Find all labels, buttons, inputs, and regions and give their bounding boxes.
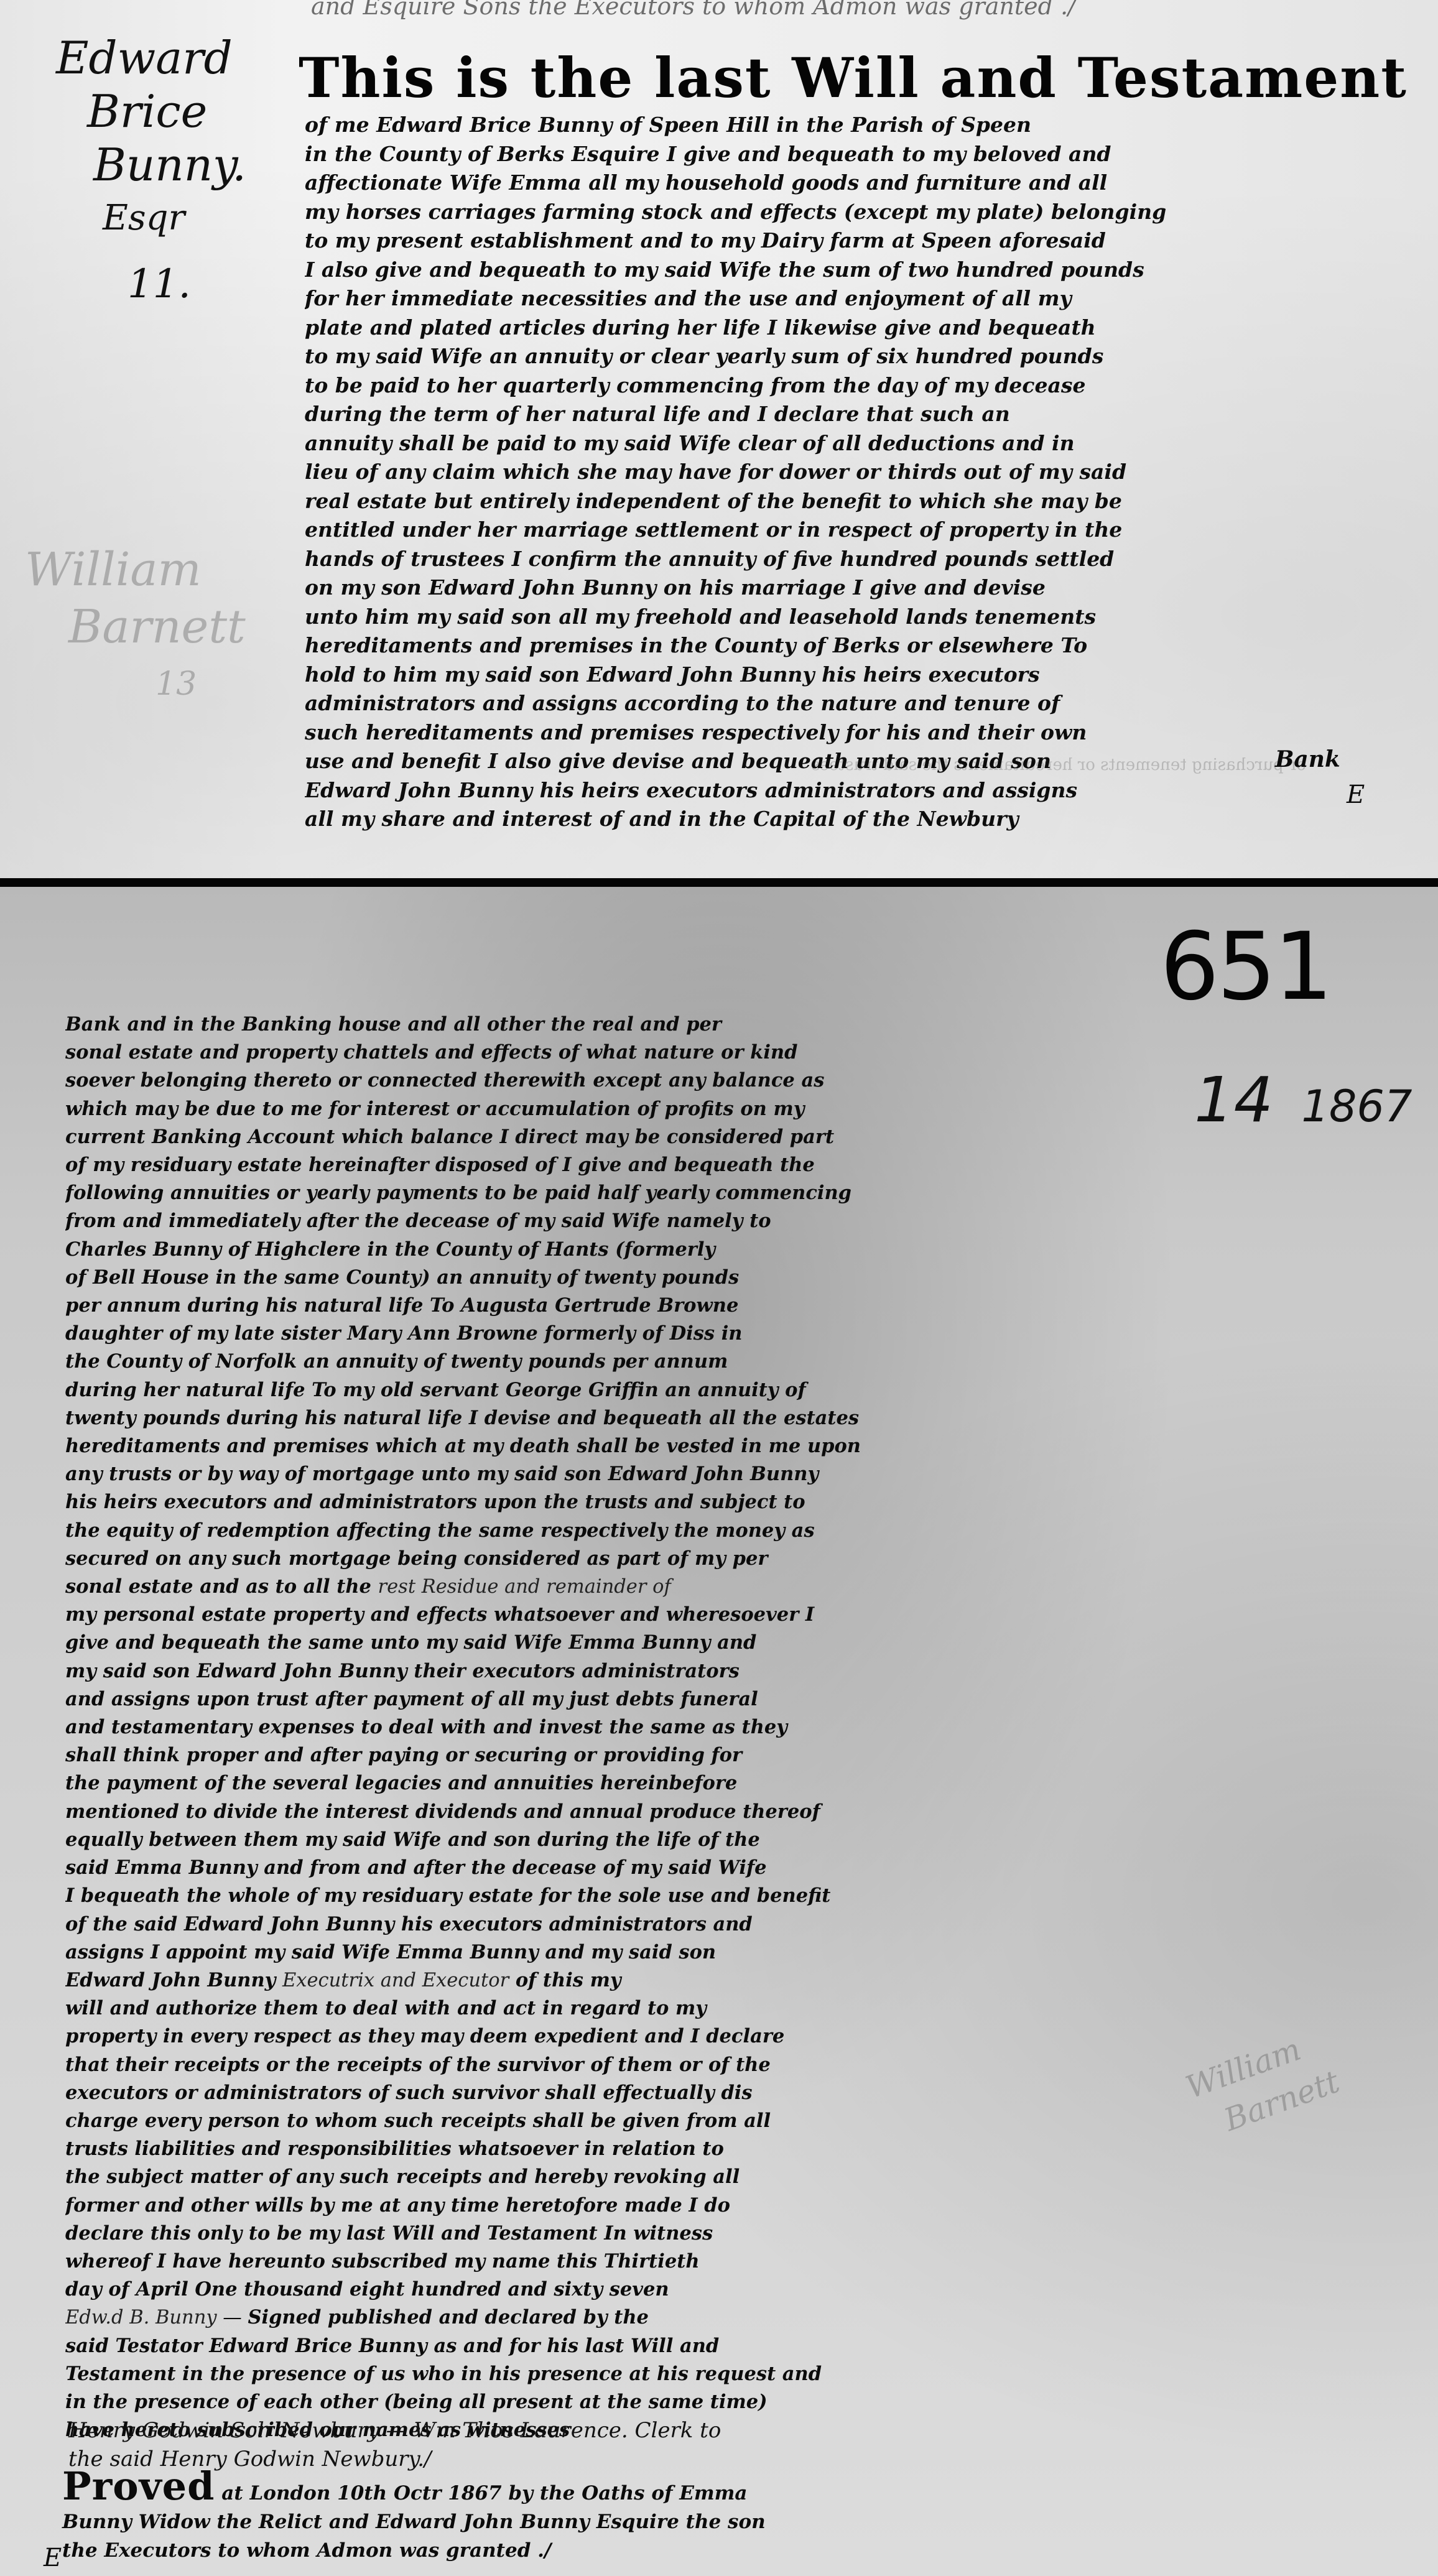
text-line: hereditaments and premises in the County… — [305, 631, 1375, 660]
text-line: trusts liabilities and responsibilities … — [65, 2135, 1148, 2163]
ghost-name-line: Barnett — [25, 598, 261, 656]
text-line: Charles Bunny of Highclere in the County… — [65, 1236, 1148, 1264]
text-line: per annum during his natural life To Aug… — [65, 1292, 1148, 1320]
ghost-name-number: 13 — [25, 656, 261, 713]
catchword: Bank — [1275, 746, 1340, 772]
text-line: to be paid to her quarterly commencing f… — [305, 371, 1375, 401]
text-line: that their receipts or the receipts of t… — [65, 2051, 1148, 2079]
text-line: on my son Edward John Bunny on his marri… — [305, 573, 1375, 603]
folio-corner-mark: E — [44, 2544, 62, 2572]
bleed-through-text: and Esquire Sons the Executors to whom A… — [311, 0, 1368, 19]
text-line: and assigns upon trust after payment of … — [65, 1685, 1148, 1713]
witness-line: Henry Godwin Solr Newbury — Wm Thos Laur… — [68, 2416, 1163, 2445]
witness-signatures: Henry Godwin Solr Newbury — Wm Thos Laur… — [68, 2416, 1163, 2473]
text-line-with-insert: Edward John Bunny Executrix and Executor… — [65, 1967, 1148, 1995]
witness-line: the said Henry Godwin Newbury./ — [68, 2445, 1163, 2473]
text-line: during the term of her natural life and … — [305, 400, 1375, 429]
text-line: in the presence of each other (being all… — [65, 2388, 1148, 2416]
text-line: mentioned to divide the interest dividen… — [65, 1798, 1148, 1826]
margin-name-line: Brice — [56, 85, 292, 138]
text-line: plate and plated articles during her lif… — [305, 313, 1375, 343]
text-segment: at London 10th Octr 1867 by the Oaths of… — [221, 2482, 747, 2504]
text-line: of the said Edward John Bunny his execut… — [65, 1911, 1148, 1939]
folio-date: 14 1867 — [1194, 1063, 1412, 1136]
upper-folio-scan: and Esquire Sons the Executors to whom A… — [0, 0, 1438, 878]
text-line: of me Edward Brice Bunny of Speen Hill i… — [305, 111, 1375, 140]
text-line: said Testator Edward Brice Bunny as and … — [65, 2332, 1148, 2360]
text-line: charge every person to whom such receipt… — [65, 2107, 1148, 2135]
text-line: my horses carriages farming stock and ef… — [305, 198, 1375, 227]
text-line: I also give and bequeath to my said Wife… — [305, 256, 1375, 285]
text-line: soever belonging thereto or connected th… — [65, 1067, 1148, 1095]
text-line: the equity of redemption affecting the s… — [65, 1517, 1148, 1545]
text-segment: sonal estate and as to all the — [65, 1575, 371, 1598]
text-line: any trusts or by way of mortgage unto my… — [65, 1460, 1148, 1488]
proved-heading: Proved — [62, 2463, 215, 2509]
text-line: secured on any such mortgage being consi… — [65, 1545, 1148, 1573]
scan-separator-bar — [0, 878, 1438, 887]
text-line: lieu of any claim which she may have for… — [305, 458, 1375, 487]
text-line: I bequeath the whole of my residuary est… — [65, 1882, 1148, 1910]
text-line: for her immediate necessities and the us… — [305, 284, 1375, 313]
text-line: said Emma Bunny and from and after the d… — [65, 1854, 1148, 1882]
probate-line: Proved at London 10th Octr 1867 by the O… — [62, 2472, 1169, 2508]
text-line: my personal estate property and effects … — [65, 1601, 1148, 1629]
text-line: property in every respect as they may de… — [65, 2022, 1148, 2050]
text-line: Testament in the presence of us who in h… — [65, 2360, 1148, 2388]
text-line: former and other wills by me at any time… — [65, 2192, 1148, 2220]
will-body-upper: of me Edward Brice Bunny of Speen Hill i… — [305, 111, 1375, 834]
text-line: his heirs executors and administrators u… — [65, 1488, 1148, 1516]
folio-corner-mark: E — [1347, 781, 1365, 809]
reverse-bleed-text: or purchasing tenements or hereditaments… — [560, 756, 1306, 774]
text-line: annuity shall be paid to my said Wife cl… — [305, 429, 1375, 458]
will-title-heading: This is the last Will and Testament — [299, 44, 1381, 112]
folio-day: 14 — [1194, 1063, 1273, 1136]
ghost-name-line: William — [25, 543, 202, 596]
text-line: current Banking Account which balance I … — [65, 1123, 1148, 1151]
text-line: the subject matter of any such receipts … — [65, 2163, 1148, 2191]
text-line: sonal estate and property chattels and e… — [65, 1039, 1148, 1067]
text-line: in the County of Berks Esquire I give an… — [305, 140, 1375, 169]
probate-clause: Proved at London 10th Octr 1867 by the O… — [62, 2472, 1169, 2565]
probate-line: Bunny Widow the Relict and Edward John B… — [62, 2508, 1169, 2536]
text-line-with-insert: sonal estate and as to all the rest Resi… — [65, 1573, 1148, 1601]
text-line: hold to him my said son Edward John Bunn… — [305, 660, 1375, 690]
margin-testator-name: Edward Brice Bunny. Esqr 11. — [56, 31, 292, 311]
inserted-executors-clause: Executrix and Executor — [282, 1970, 509, 1991]
text-line: affectionate Wife Emma all my household … — [305, 169, 1375, 198]
text-line: my said son Edward John Bunny their exec… — [65, 1657, 1148, 1685]
text-line: to my said Wife an annuity or clear year… — [305, 342, 1375, 371]
text-line: administrators and assigns according to … — [305, 689, 1375, 718]
text-line: and testamentary expenses to deal with a… — [65, 1713, 1148, 1741]
text-line: of Bell House in the same County) an ann… — [65, 1264, 1148, 1292]
folio-year: 1867 — [1301, 1081, 1412, 1132]
text-line: such hereditaments and premises respecti… — [305, 718, 1375, 748]
text-line: the County of Norfolk an annuity of twen… — [65, 1348, 1148, 1376]
text-segment: Signed published and declared by the — [248, 2306, 648, 2328]
text-line: twenty pounds during his natural life I … — [65, 1404, 1148, 1432]
folio-number: 651 — [1160, 920, 1330, 1014]
text-line: give and bequeath the same unto my said … — [65, 1629, 1148, 1657]
text-line: to my present establishment and to my Da… — [305, 226, 1375, 256]
text-line: during her natural life To my old servan… — [65, 1376, 1148, 1404]
text-line: Edward John Bunny his heirs executors ad… — [305, 776, 1375, 805]
text-line: entitled under her marriage settlement o… — [305, 516, 1375, 545]
text-line: hereditaments and premises which at my d… — [65, 1432, 1148, 1460]
margin-ghost-name: William Barnett 13 — [25, 541, 261, 713]
margin-name-line: Edward — [56, 31, 292, 85]
text-line: from and immediately after the decease o… — [65, 1207, 1148, 1235]
testator-signature-line: Edw.d B. Bunny — Signed published and de… — [65, 2304, 1148, 2332]
margin-name-line: Esqr — [56, 192, 292, 245]
text-segment: Edward John Bunny — [65, 1969, 276, 1991]
text-line: executors or administrators of such surv… — [65, 2079, 1148, 2107]
text-line: day of April One thousand eight hundred … — [65, 2276, 1148, 2304]
text-line: following annuities or yearly payments t… — [65, 1179, 1148, 1207]
text-line: shall think proper and after paying or s… — [65, 1741, 1148, 1769]
text-line: assigns I appoint my said Wife Emma Bunn… — [65, 1939, 1148, 1967]
text-line: will and authorize them to deal with and… — [65, 1995, 1148, 2022]
text-line: which may be due to me for interest or a… — [65, 1095, 1148, 1123]
text-line: equally between them my said Wife and so… — [65, 1826, 1148, 1854]
margin-entry-number: 11. — [56, 257, 292, 311]
text-line: daughter of my late sister Mary Ann Brow… — [65, 1320, 1148, 1348]
text-line: all my share and interest of and in the … — [305, 805, 1375, 834]
text-line: whereof I have hereunto subscribed my na… — [65, 2248, 1148, 2276]
text-line: declare this only to be my last Will and… — [65, 2220, 1148, 2248]
testator-signature: Edw.d B. Bunny — [65, 2307, 217, 2328]
text-line: of my residuary estate hereinafter dispo… — [65, 1151, 1148, 1179]
inserted-residue-clause: rest Residue and remainder of — [378, 1576, 671, 1598]
will-body-lower: Bank and in the Banking house and all ot… — [65, 1011, 1148, 2444]
text-line: the payment of the several legacies and … — [65, 1769, 1148, 1797]
text-line: Bank and in the Banking house and all ot… — [65, 1011, 1148, 1039]
text-line: real estate but entirely independent of … — [305, 487, 1375, 516]
margin-name-line: Bunny. — [56, 138, 292, 192]
probate-line: the Executors to whom Admon was granted … — [62, 2536, 1169, 2565]
text-line: hands of trustees I confirm the annuity … — [305, 545, 1375, 574]
text-segment: of this my — [516, 1969, 621, 1991]
text-line: unto him my said son all my freehold and… — [305, 603, 1375, 632]
